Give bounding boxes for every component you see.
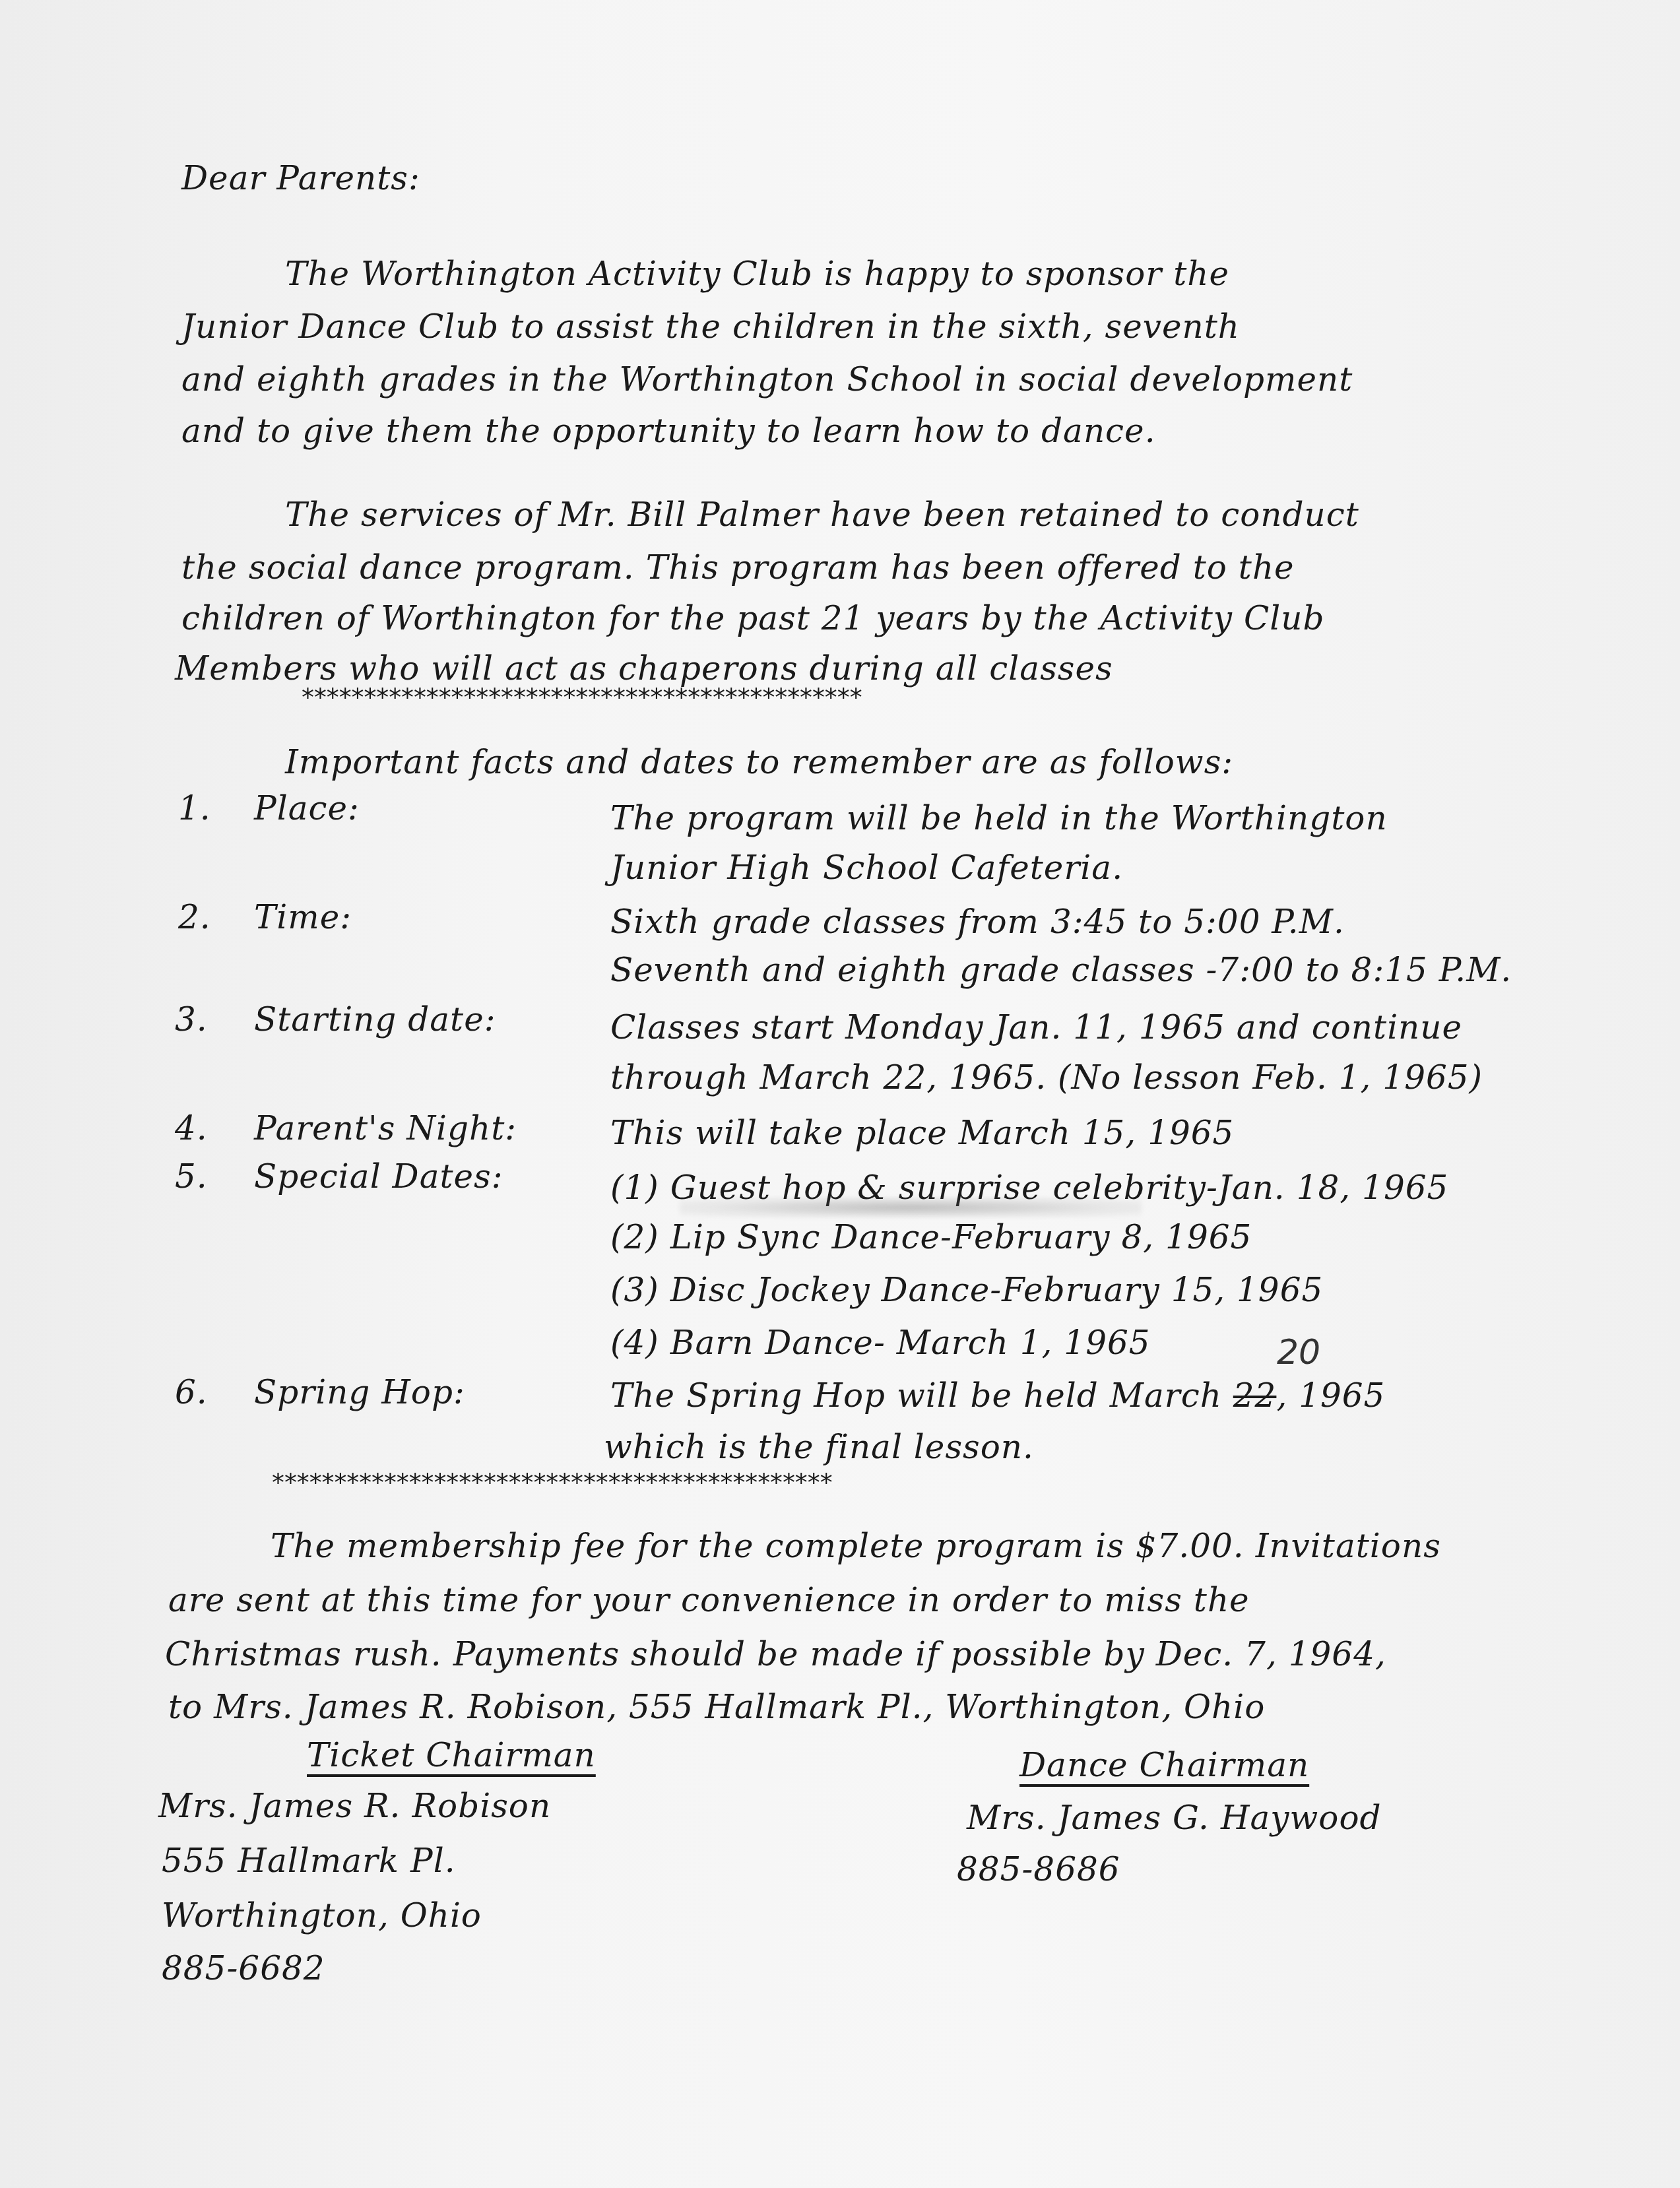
fact-line: Classes start Monday Jan. 11, 1965 and c… bbox=[610, 1011, 1462, 1044]
fact-line: (2) Lip Sync Dance-February 8, 1965 bbox=[610, 1221, 1252, 1254]
dance-chairman-title: Dance Chairman bbox=[1019, 1749, 1309, 1782]
ticket-chairman-phone: 885-6682 bbox=[162, 1952, 325, 1985]
paragraph-line: The services of Mr. Bill Palmer have bee… bbox=[285, 498, 1359, 531]
fact-number: 1. bbox=[178, 792, 211, 825]
fact-line: This will take place March 15, 1965 bbox=[610, 1116, 1234, 1149]
paragraph-line: to Mrs. James R. Robison, 555 Hallmark P… bbox=[168, 1690, 1265, 1723]
paragraph-line: The membership fee for the complete prog… bbox=[271, 1529, 1441, 1562]
fact-label: Spring Hop: bbox=[254, 1376, 465, 1409]
ticket-chairman-title: Ticket Chairman bbox=[307, 1739, 596, 1772]
paragraph-line: the social dance program. This program h… bbox=[181, 551, 1295, 584]
letter-page: Dear Parents: The Worthington Activity C… bbox=[0, 0, 1680, 2188]
fact-label: Time: bbox=[254, 901, 352, 934]
fact-line: Seventh and eighth grade classes -7:00 t… bbox=[610, 953, 1512, 986]
handwritten-correction: 20 bbox=[1277, 1333, 1320, 1372]
paragraph-line: Christmas rush. Payments should be made … bbox=[165, 1638, 1386, 1671]
fact-number: 3. bbox=[175, 1003, 208, 1036]
paragraph-line: and eighth grades in the Worthington Sch… bbox=[181, 363, 1353, 396]
fact-line: through March 22, 1965. (No lesson Feb. … bbox=[610, 1061, 1483, 1094]
separator-stars-top: ****************************************… bbox=[300, 683, 861, 712]
fact-number: 2. bbox=[178, 901, 211, 934]
paragraph-line: and to give them the opportunity to lear… bbox=[181, 414, 1156, 447]
fact-number: 6. bbox=[175, 1376, 208, 1409]
fact-line: Junior High School Cafeteria. bbox=[610, 851, 1123, 884]
ticket-chairman-address: 555 Hallmark Pl. bbox=[162, 1844, 456, 1877]
fact-number: 4. bbox=[175, 1112, 208, 1145]
dance-chairman-phone: 885-8686 bbox=[957, 1853, 1120, 1886]
ticket-chairman-name: Mrs. James R. Robison bbox=[158, 1789, 551, 1822]
fact-number: 5. bbox=[175, 1160, 208, 1193]
paragraph-line: children of Worthington for the past 21 … bbox=[181, 602, 1324, 635]
separator-stars-bottom: ****************************************… bbox=[271, 1468, 831, 1497]
paragraph-line: are sent at this time for your convenien… bbox=[168, 1584, 1250, 1617]
paragraph-line: The Worthington Activity Club is happy t… bbox=[285, 257, 1229, 290]
fact-line: which is the final lesson. bbox=[604, 1431, 1034, 1464]
fact-line: (3) Disc Jockey Dance-February 15, 1965 bbox=[610, 1273, 1323, 1306]
fact-label: Parent's Night: bbox=[254, 1112, 517, 1145]
fact-line: (4) Barn Dance- March 1, 1965 bbox=[610, 1326, 1151, 1359]
struck-day: 22 bbox=[1233, 1376, 1277, 1415]
paragraph-line: Members who will act as chaperons during… bbox=[175, 652, 1113, 685]
ticket-chairman-city: Worthington, Ohio bbox=[162, 1899, 482, 1932]
facts-heading: Important facts and dates to remember ar… bbox=[285, 746, 1233, 779]
salutation: Dear Parents: bbox=[181, 162, 420, 195]
fact-line: The Spring Hop will be held March 22, 19… bbox=[610, 1379, 1385, 1412]
fact-line-text: The Spring Hop will be held March bbox=[610, 1376, 1222, 1415]
pencil-smudge bbox=[680, 1198, 1142, 1217]
fact-label: Starting date: bbox=[254, 1003, 496, 1036]
year-suffix: , 1965 bbox=[1276, 1376, 1385, 1415]
fact-label: Special Dates: bbox=[254, 1160, 503, 1193]
paragraph-line: Junior Dance Club to assist the children… bbox=[181, 310, 1240, 343]
dance-chairman-name: Mrs. James G. Haywood bbox=[967, 1801, 1382, 1834]
fact-label: Place: bbox=[254, 792, 360, 825]
fact-line: The program will be held in the Worthing… bbox=[610, 802, 1388, 835]
fact-line: Sixth grade classes from 3:45 to 5:00 P.… bbox=[610, 905, 1345, 938]
